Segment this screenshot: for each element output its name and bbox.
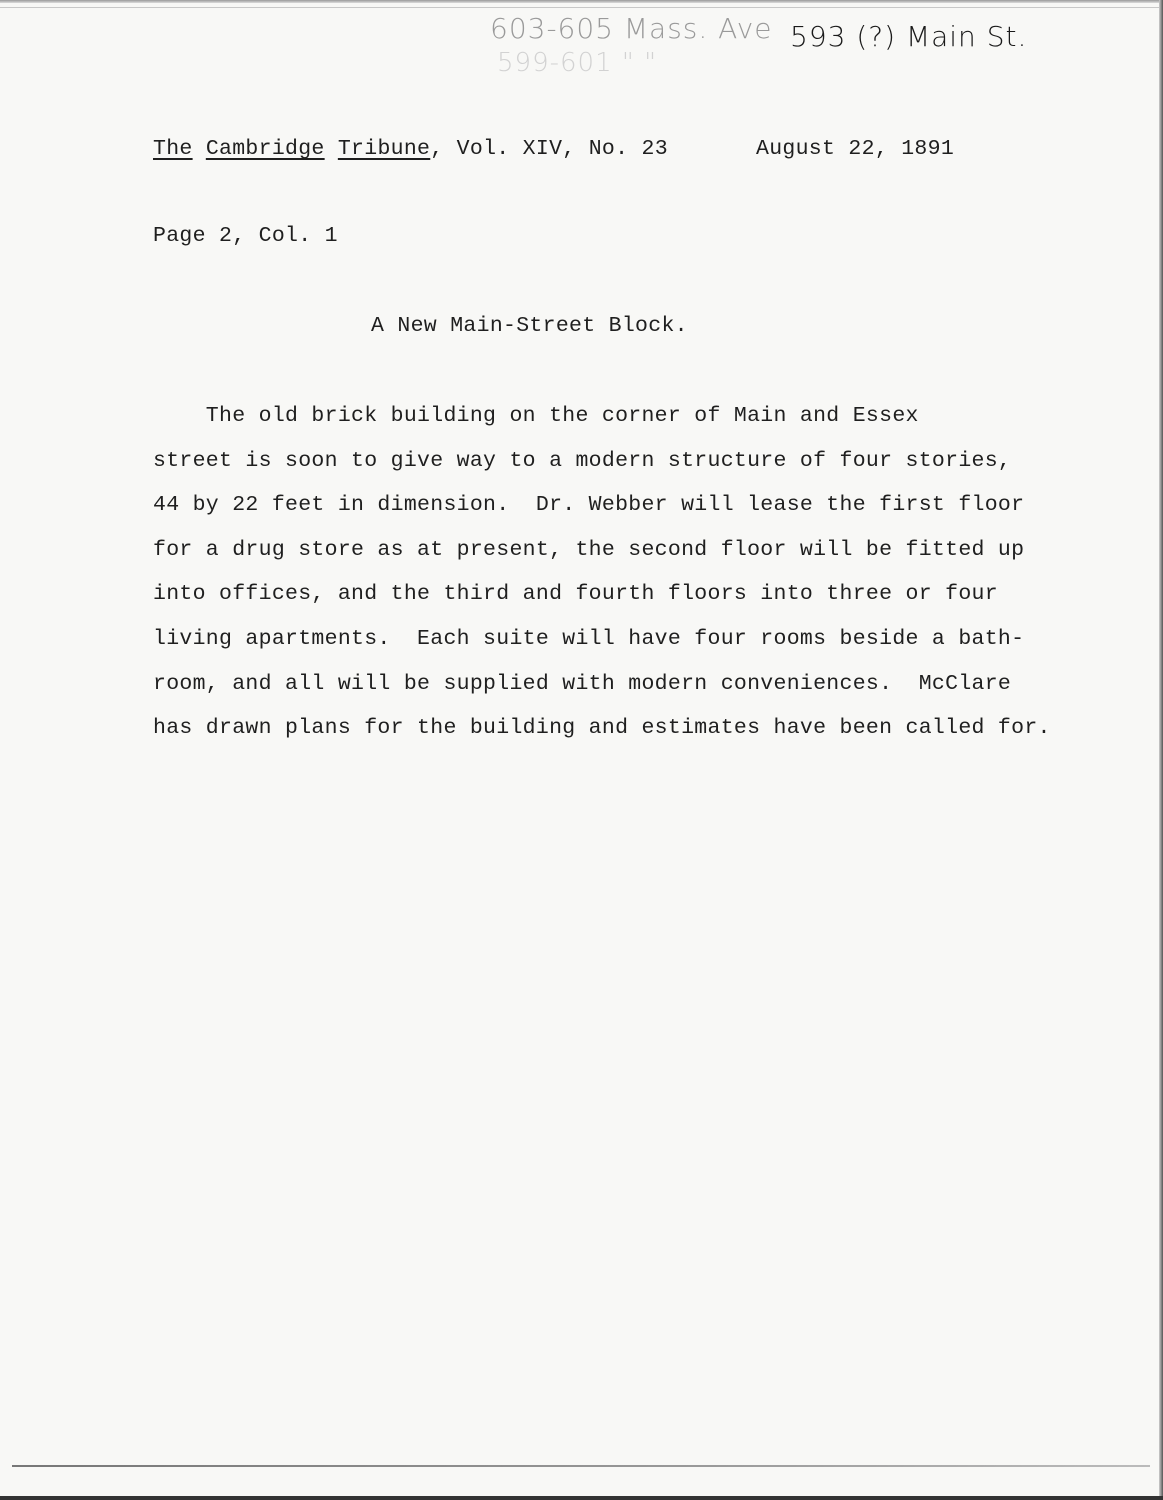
scan-bottom-edge [0,1496,1163,1500]
citation-header: The Cambridge Tribune, Vol. XIV, No. 23 [153,137,668,161]
handwritten-address-1: 603-605 Mass. Ave [490,12,773,45]
scan-top-edge [0,0,1163,3]
article-line: has drawn plans for the building and est… [153,716,1051,740]
paper-name-the: The [153,137,193,161]
article-line: for a drug store as at present, the seco… [153,538,1024,562]
handwritten-address-3: 593 (?) Main St. [790,20,1027,53]
volume-info: , Vol. XIV, No. 23 [430,137,668,161]
handwritten-address-2: 599-601 " " [497,48,657,78]
scan-right-shadow [1159,0,1163,1500]
article-line: street is soon to give way to a modern s… [153,449,1011,473]
page-column: Page 2, Col. 1 [153,224,338,248]
article-line: room, and all will be supplied with mode… [153,672,1011,696]
publication-date: August 22, 1891 [756,137,954,161]
scan-bottom-rule [12,1465,1150,1467]
paper-name-cambridge: Cambridge [206,137,325,161]
scanned-page: 603-605 Mass. Ave 599-601 " " 593 (?) Ma… [0,0,1163,1500]
scan-top-line [0,7,1163,8]
paper-name-tribune: Tribune [338,137,430,161]
article-line: living apartments. Each suite will have … [153,627,1024,651]
article-line: The old brick building on the corner of … [153,404,919,428]
article-line: into offices, and the third and fourth f… [153,582,998,606]
article-title: A New Main-Street Block. [371,314,688,338]
article-line: 44 by 22 feet in dimension. Dr. Webber w… [153,493,1024,517]
